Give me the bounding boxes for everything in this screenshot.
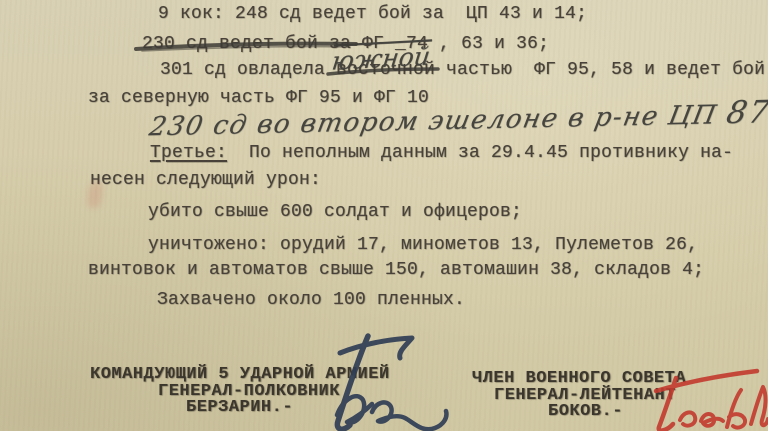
left-signature-title: КОМАНДУЮЩИЙ 5 УДАРНОЙ АРМИЕЙ: [90, 366, 390, 383]
right-signature-name: БОКОВ.-: [548, 403, 623, 420]
typed-line-1: 9 кок: 248 сд ведет бой за ЦП 43 и 14;: [158, 4, 587, 24]
red-ink-smudge: [86, 181, 103, 209]
left-signature-name: БЕРЗАРИН.-: [186, 399, 293, 416]
right-signature-title: ЧЛЕН ВОЕННОГО СОВЕТА: [472, 370, 686, 387]
typed-line-5-rest: По неполным данным за 29.4.45 противнику…: [227, 143, 733, 163]
typed-line-7: убито свыше 600 солдат и офицеров;: [148, 202, 522, 222]
handwritten-correction-yuzhnoy: южной: [330, 41, 432, 75]
scanned-document-page: 9 кок: 248 сд ведет бой за ЦП 43 и 14; 2…: [0, 0, 768, 431]
handwritten-inserted-line-coords: 87,27.: [724, 93, 768, 131]
typed-line-10: Захвачено около 100 пленных.: [157, 290, 465, 310]
typed-line-9: винтовок и автоматов свыше 150, автомаши…: [88, 260, 704, 280]
typed-line-8: уничтожено: орудий 17, минометов 13, Пул…: [148, 235, 698, 255]
handwritten-inserted-line-text: 230 сд во втором эшелоне в р-не ЦП: [147, 100, 730, 142]
struck-text-230: 230 сд ведет бой за: [142, 34, 351, 54]
typed-line-3-pre: 301 сд овладела: [160, 60, 336, 80]
typed-line-3-post: частью ФГ 95, 58 и ведет бой: [435, 60, 765, 80]
typed-line-5: Третье: По неполным данным за 29.4.45 пр…: [150, 143, 733, 163]
typed-line-6: несен следующий урон:: [90, 170, 321, 190]
paragraph-heading-tretye: Третье:: [150, 143, 227, 163]
typed-line-3: 301 сд овладела восточной частью ФГ 95, …: [160, 60, 765, 80]
